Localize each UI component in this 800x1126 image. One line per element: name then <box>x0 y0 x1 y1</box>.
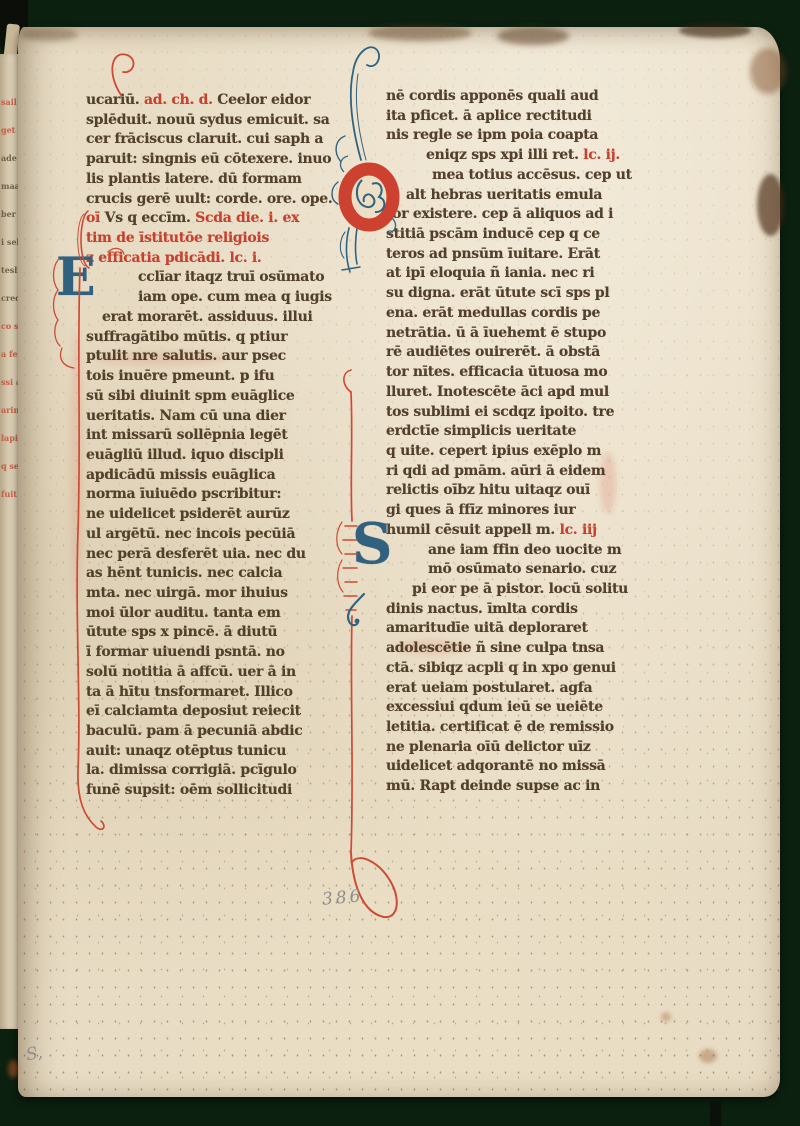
photograph-background: sailgetademaaber pti sehoteslncrederco s… <box>0 0 800 1126</box>
body-text: ena. erāt medullas cordis pe <box>386 305 600 321</box>
body-text: ne uidelicet psiderēt aurūz <box>86 506 290 522</box>
text-line: ī formar uiuendi psntā. no <box>86 643 368 663</box>
text-line: nis regle se ipm poia coapta <box>386 126 668 146</box>
body-text: mū. Rapt deinde supse ac in <box>386 778 600 794</box>
text-line: mū. Rapt deinde supse ac in <box>386 777 668 797</box>
text-line: suffragātibo mūtis. q ptiur <box>86 328 368 348</box>
body-text: excessiui qdum ieū se ueiēte <box>386 699 603 715</box>
body-text: euāgliū illud. iquo discipli <box>86 447 284 463</box>
red-offset-smudge <box>70 330 83 600</box>
text-line: excessiui qdum ieū se ueiēte <box>386 698 668 718</box>
body-text: mea totius accēsus. cep ut <box>432 167 632 183</box>
spot-stain <box>661 1012 671 1022</box>
corner-stain <box>750 48 786 94</box>
text-line: mea totius accēsus. cep ut <box>386 166 668 186</box>
corner-orange-mark <box>8 1060 18 1078</box>
text-line: tois inuēre pmeunt. p ifu <box>86 367 368 387</box>
body-text: Vs q eccīm. <box>105 210 196 226</box>
text-line: q uite. cepert ipius exēplo m <box>386 442 668 462</box>
text-line: erdctīe simplicis ueritate <box>386 422 668 442</box>
body-text: eī calciamta deposiut reiecit <box>86 703 301 719</box>
rubric-text: lc. ij. <box>583 147 620 163</box>
body-text: ptulit nre salutis. aur psec <box>86 348 286 364</box>
text-line: stitiā pscām inducē cep q ce <box>386 225 668 245</box>
rubric-text: z efficatia pdicādi. lc. i. <box>86 250 261 266</box>
text-line: norma īuiuēdo pscribitur: <box>86 485 368 505</box>
text-line: mta. nec uirgā. mor ihuius <box>86 584 368 604</box>
text-line: uidelicet adqorantē no missā <box>386 757 668 777</box>
body-text: la. dimissa corrigiā. pcīgulo <box>86 762 297 778</box>
text-line: ne uidelicet psiderēt aurūz <box>86 505 368 525</box>
body-text: crucis gerē uult: corde. ore. ope. <box>86 191 332 207</box>
body-text: ūtute sps x pincē. ā diutū <box>86 624 277 640</box>
text-line: lis plantis latere. dū formam <box>86 170 368 190</box>
text-line: ane iam ffin deo uocite m <box>386 541 668 561</box>
text-line: erat ueiam postularet. agfa <box>386 679 668 699</box>
text-line: humil cēsuit appell m. lc. iij <box>386 521 668 541</box>
body-text: ane iam ffin deo uocite m <box>428 542 621 558</box>
text-line: baculū. pam ā pecuniā abdic <box>86 722 368 742</box>
text-line: ne plenaria oīū delictor uīz <box>386 738 668 758</box>
text-line: crucis gerē uult: corde. ore. ope. <box>86 190 368 210</box>
text-line: adolescētie ñ sine culpa tnsa <box>386 639 668 659</box>
text-line: moi ūlor auditu. tanta em <box>86 604 368 624</box>
body-text: ul argētū. nec incois pecūiā <box>86 526 295 542</box>
body-text: Ceelor eidor <box>217 92 310 108</box>
body-text: nē cordis apponēs quali aud <box>386 88 598 104</box>
text-line: ctā. sibiqz acpli q in xpo genui <box>386 659 668 679</box>
text-line: teros ad pnsūm īuitare. Erāt <box>386 245 668 265</box>
body-text: tois inuēre pmeunt. p ifu <box>86 368 274 384</box>
text-line: ta ā hītu tnsformaret. Illico <box>86 683 368 703</box>
right-edge-stain <box>757 174 784 236</box>
text-line: iam ope. cum mea q iugis <box>86 288 368 308</box>
body-text: norma īuiuēdo pscribitur: <box>86 486 281 502</box>
rubric-text: ad. ch. d. <box>144 92 217 108</box>
text-line: ul argētū. nec incois pecūiā <box>86 525 368 545</box>
text-line: funē supsit: oēm sollicitudi <box>86 781 368 801</box>
body-text: alt hebras ueritatis emula <box>406 187 602 203</box>
body-text: ctā. sibiqz acpli q in xpo genui <box>386 660 616 676</box>
body-text: lluret. Inotescēte āci apd mul <box>386 384 609 400</box>
text-line: mō osūmato senario. cuz <box>386 560 668 580</box>
body-text: at ipī eloquia ñ iania. nec ri <box>386 265 594 281</box>
text-line: ucariū. ad. ch. d. Ceelor eidor <box>86 91 368 111</box>
top-edge-stain <box>368 25 472 41</box>
text-line: alt hebras ueritatis emula <box>386 186 668 206</box>
body-text: splēduit. nouū sydus emicuit. sa <box>86 112 330 128</box>
text-line: euāgliū illud. iquo discipli <box>86 446 368 466</box>
body-text: erdctīe simplicis ueritate <box>386 423 576 439</box>
body-text: sū sibi diuinit spm euāglice <box>86 388 295 404</box>
body-text: gi ques ā ffīz minores iur <box>386 502 576 518</box>
text-line: sū sibi diuinit spm euāglice <box>86 387 368 407</box>
body-text: letitia. certificat ē de remissio <box>386 719 614 735</box>
text-line: relictis oībz hitu uitaqz ouī <box>386 481 668 501</box>
body-text: int missarū sollēpnia legēt <box>86 427 288 443</box>
text-line: splēduit. nouū sydus emicuit. sa <box>86 111 368 131</box>
body-text: adolescētie ñ sine culpa tnsa <box>386 640 604 656</box>
body-text: ueritatis. Nam cū una dier <box>86 408 286 424</box>
top-edge-stain <box>679 23 751 38</box>
body-text: solū notitia ā affcū. uer ā in <box>86 664 296 680</box>
text-line: int missarū sollēpnia legēt <box>86 426 368 446</box>
text-line: la. dimissa corrigiā. pcīgulo <box>86 761 368 781</box>
top-edge-stain <box>497 27 569 45</box>
text-line: paruit: singnis eū cōtexere. inuo <box>86 150 368 170</box>
body-text: rē audiētes ouirerēt. ā obstā <box>386 344 600 360</box>
body-text: iam ope. cum mea q iugis <box>138 289 332 305</box>
body-text: ta ā hītu tnsformaret. Illico <box>86 684 293 700</box>
top-left-dirt <box>22 28 78 41</box>
spot-stain <box>699 1049 717 1063</box>
body-text: ī formar uiuendi psntā. no <box>86 644 285 660</box>
text-line: ita pficet. ā aplice rectitudi <box>386 107 668 127</box>
text-column-left: ucariū. ad. ch. d. Ceelor eidorsplēduit.… <box>86 91 368 801</box>
text-line: ptulit nre salutis. aur psec <box>86 347 368 367</box>
body-text: suffragātibo mūtis. q ptiur <box>86 329 287 345</box>
text-line: netrātia. ū ā īuehemt ē stupo <box>386 324 668 344</box>
body-text: paruit: singnis eū cōtexere. inuo <box>86 151 331 167</box>
folio-number: 386 <box>321 886 364 910</box>
text-line: tor existere. cep ā aliquos ad i <box>386 205 668 225</box>
text-line: nec perā desferēt uia. nec du <box>86 545 368 565</box>
illuminated-initial-e: E <box>56 252 96 304</box>
rubric-text: Scda die. i. ex <box>195 210 299 226</box>
illuminated-initial-s: S <box>352 516 392 572</box>
body-text: lis plantis latere. dū formam <box>86 171 302 187</box>
body-text: erat ueiam postularet. agfa <box>386 680 592 696</box>
text-line: z efficatia pdicādi. lc. i. <box>86 249 368 269</box>
body-text: apdicādū missis euāglica <box>86 467 275 483</box>
text-line: erat morarēt. assiduus. illui <box>86 308 368 328</box>
body-text: cer frāciscus claruit. cui saph a <box>86 131 323 147</box>
body-text: ucariū. <box>86 92 144 108</box>
text-line: nē cordis apponēs quali aud <box>386 87 668 107</box>
body-text: su digna. erāt ūtute scī sps pl <box>386 285 609 301</box>
body-text: ne plenaria oīū delictor uīz <box>386 739 591 755</box>
body-text: baculū. pam ā pecuniā abdic <box>86 723 303 739</box>
body-text: pi eor pe ā pistor. locū solitu <box>412 581 628 597</box>
text-line: ueritatis. Nam cū una dier <box>86 407 368 427</box>
text-line: oī Vs q eccīm. Scda die. i. ex <box>86 209 368 229</box>
body-text: auit: unaqz otēptus tunicu <box>86 743 286 759</box>
binding-strap-mark <box>710 1101 721 1126</box>
body-text: amaritudīe uitā deploraret <box>386 620 588 636</box>
body-text: as hēnt tunicis. nec calcia <box>86 565 282 581</box>
text-line: ena. erāt medullas cordis pe <box>386 304 668 324</box>
body-text: q uite. cepert ipius exēplo m <box>386 443 601 459</box>
body-text: cclīar itaqz truī osūmato <box>138 269 324 285</box>
text-line: dinis nactus. īmlta cordis <box>386 600 668 620</box>
text-column-right: nē cordis apponēs quali audita pficet. ā… <box>386 87 668 797</box>
body-text: mō osūmato senario. cuz <box>428 561 616 577</box>
body-text: dinis nactus. īmlta cordis <box>386 601 578 617</box>
text-line: rē audiētes ouirerēt. ā obstā <box>386 343 668 363</box>
text-line: auit: unaqz otēptus tunicu <box>86 742 368 762</box>
body-text: funē supsit: oēm sollicitudi <box>86 782 292 798</box>
text-line: solū notitia ā affcū. uer ā in <box>86 663 368 683</box>
body-text: humil cēsuit appell m. <box>386 522 560 538</box>
text-line: lluret. Inotescēte āci apd mul <box>386 383 668 403</box>
text-line: tor nītes. efficacia ūtuosa mo <box>386 363 668 383</box>
body-text: nec perā desferēt uia. nec du <box>86 546 306 562</box>
body-text: tor existere. cep ā aliquos ad i <box>386 206 613 222</box>
corner-pencil-mark: S, <box>24 1043 44 1066</box>
body-text: nis regle se ipm poia coapta <box>386 127 598 143</box>
text-line: eī calciamta deposiut reiecit <box>86 702 368 722</box>
body-text: netrātia. ū ā īuehemt ē stupo <box>386 325 606 341</box>
body-text: ri qdi ad pmām. aūri ā eidem <box>386 463 605 479</box>
text-line: at ipī eloquia ñ iania. nec ri <box>386 264 668 284</box>
text-line: tos sublimi ei scdqz ipoito. tre <box>386 403 668 423</box>
text-line: cclīar itaqz truī osūmato <box>86 268 368 288</box>
body-text: relictis oībz hitu uitaqz ouī <box>386 482 590 498</box>
text-line: su digna. erāt ūtute scī sps pl <box>386 284 668 304</box>
body-text: eniqz sps xpi illi ret. <box>426 147 583 163</box>
body-text: stitiā pscām inducē cep q ce <box>386 226 600 242</box>
body-text: ita pficet. ā aplice rectitudi <box>386 108 592 124</box>
text-line: gi ques ā ffīz minores iur <box>386 501 668 521</box>
text-line: ri qdi ad pmām. aūri ā eidem <box>386 462 668 482</box>
body-text: moi ūlor auditu. tanta em <box>86 605 281 621</box>
body-text: uidelicet adqorantē no missā <box>386 758 605 774</box>
text-line: tim de īstitutōe religiois <box>86 229 368 249</box>
text-line: amaritudīe uitā deploraret <box>386 619 668 639</box>
text-line: eniqz sps xpi illi ret. lc. ij. <box>386 146 668 166</box>
body-text: tos sublimi ei scdqz ipoito. tre <box>386 404 614 420</box>
rubric-text: tim de īstitutōe religiois <box>86 230 269 246</box>
body-text: erat morarēt. assiduus. illui <box>102 309 312 325</box>
text-line: letitia. certificat ē de remissio <box>386 718 668 738</box>
text-line: ūtute sps x pincē. ā diutū <box>86 623 368 643</box>
text-line: as hēnt tunicis. nec calcia <box>86 564 368 584</box>
text-line: cer frāciscus claruit. cui saph a <box>86 130 368 150</box>
rubric-text: oī <box>86 210 105 226</box>
rubric-text: lc. iij <box>560 522 597 538</box>
body-text: teros ad pnsūm īuitare. Erāt <box>386 246 600 262</box>
text-line: apdicādū missis euāglica <box>86 466 368 486</box>
text-line: pi eor pe ā pistor. locū solitu <box>386 580 668 600</box>
body-text: mta. nec uirgā. mor ihuius <box>86 585 288 601</box>
body-text: tor nītes. efficacia ūtuosa mo <box>386 364 607 380</box>
